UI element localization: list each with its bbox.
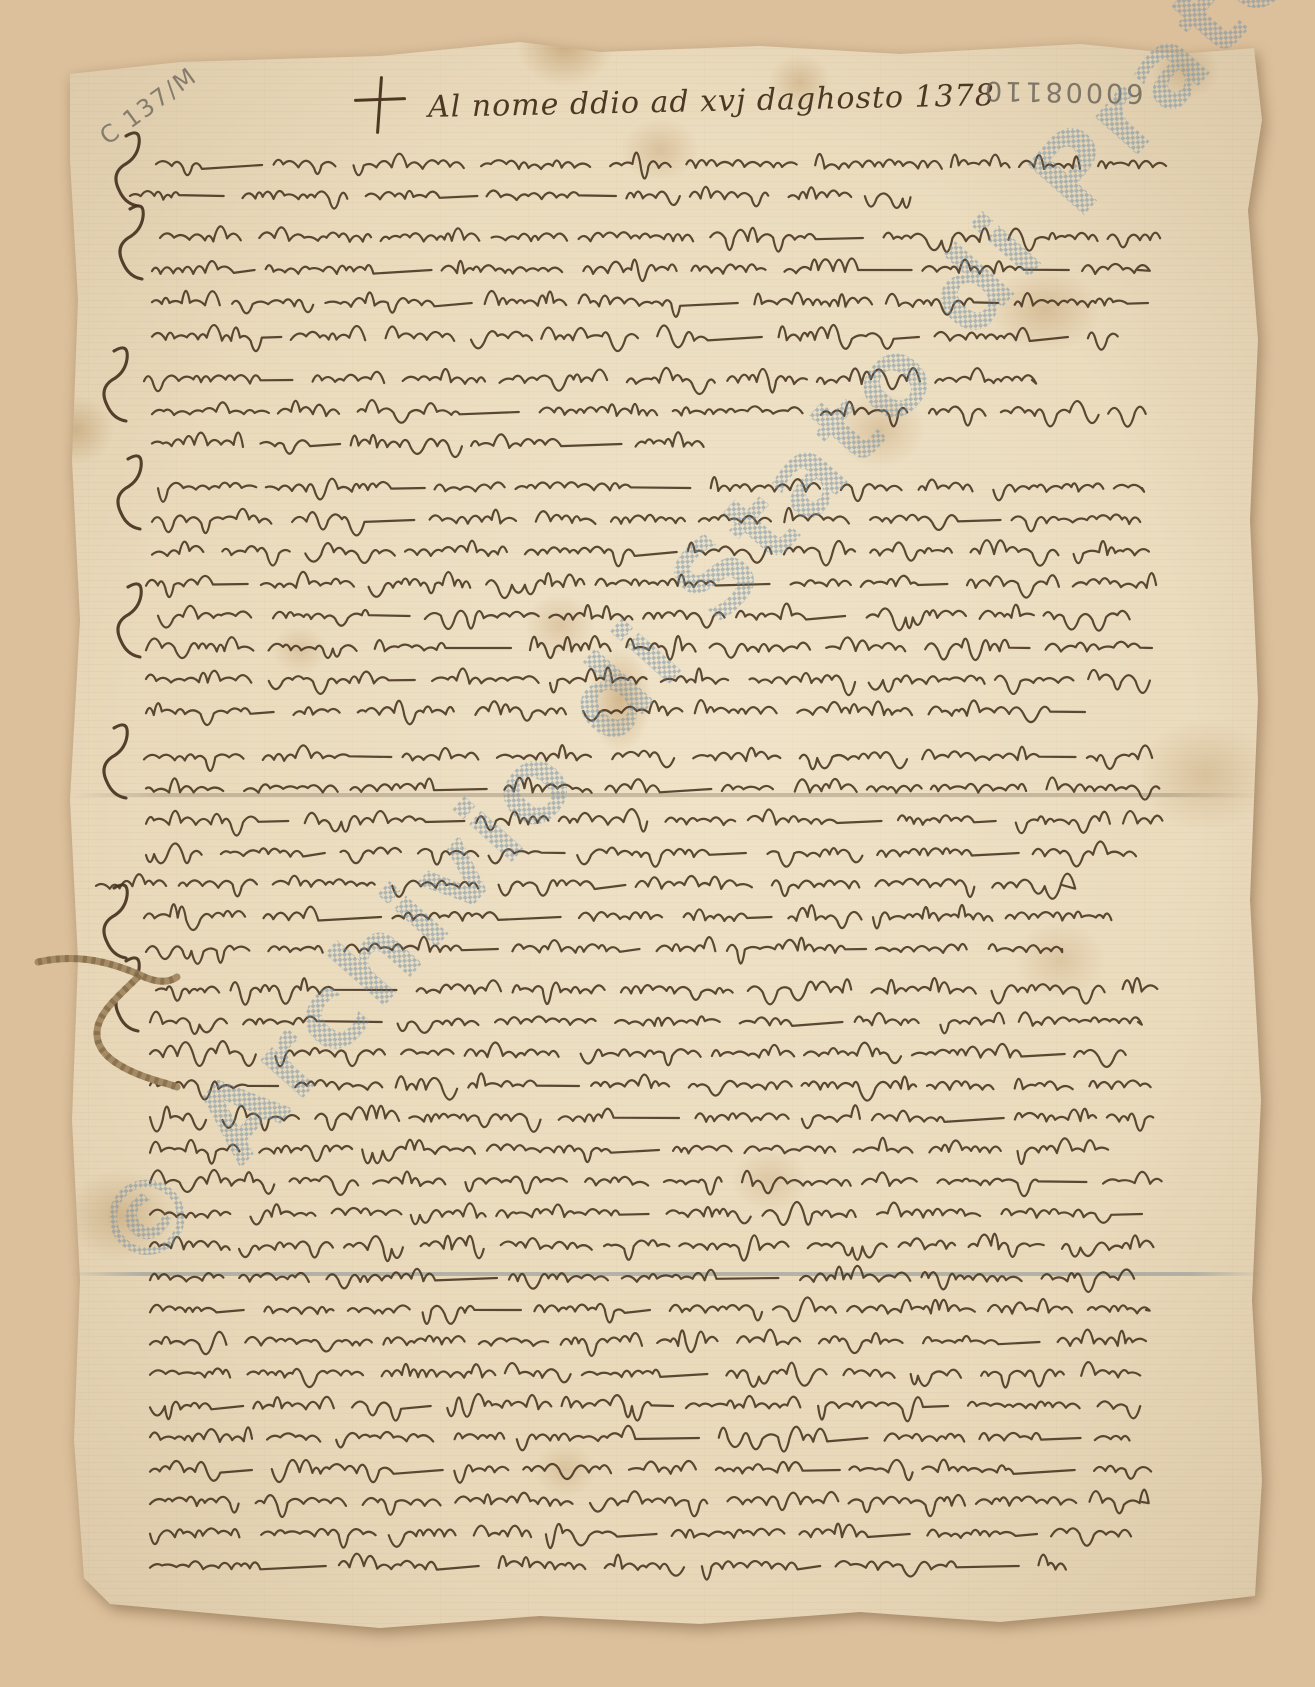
manuscript-line <box>152 540 1149 566</box>
manuscript-line <box>152 258 1150 281</box>
manuscript-line <box>150 1426 1130 1452</box>
handwriting-layer <box>0 0 1315 1687</box>
manuscript-line <box>130 187 911 209</box>
manuscript-line <box>150 1394 1140 1421</box>
manuscript-line <box>146 841 1136 866</box>
manuscript-line <box>146 777 1159 799</box>
manuscript-line <box>150 1330 1146 1356</box>
manuscript-line <box>150 1362 1140 1387</box>
archival-number-upside-down: 60008110 <box>982 75 1144 109</box>
manuscript-line <box>144 904 1111 930</box>
manuscript-line <box>150 1012 1142 1034</box>
manuscript-line <box>152 325 1118 351</box>
manuscript-line <box>150 1041 1126 1067</box>
manuscript-line <box>152 291 1148 317</box>
cross-icon <box>352 76 406 136</box>
manuscript-line <box>158 604 1130 631</box>
manuscript-line <box>156 153 1166 179</box>
manuscript-line <box>144 745 1152 771</box>
manuscript-line <box>150 1266 1134 1292</box>
manuscript-line <box>150 1460 1151 1483</box>
manuscript-line <box>150 1170 1162 1196</box>
manuscript-line <box>96 874 1075 899</box>
manuscript-line <box>146 700 1085 725</box>
manuscript-line <box>150 1490 1149 1517</box>
manuscript-line <box>150 1105 1153 1132</box>
manuscript-line <box>146 572 1156 598</box>
manuscript-line <box>152 432 704 457</box>
manuscript-line <box>160 226 1160 252</box>
manuscript-line <box>150 1524 1131 1548</box>
manuscript-line <box>150 1297 1150 1324</box>
manuscript-line <box>146 937 1062 964</box>
manuscript-line <box>152 508 1140 535</box>
manuscript-line <box>152 400 1146 427</box>
manuscript-line <box>146 809 1162 835</box>
manuscript-line <box>146 667 1150 695</box>
document-scan: Al nome ddio ad xvj daghosto 1378 C 137/… <box>0 0 1315 1687</box>
manuscript-line <box>156 978 1157 1005</box>
manuscript-line <box>150 1138 1108 1164</box>
manuscript-line <box>150 1073 1151 1100</box>
manuscript-line <box>150 1202 1142 1225</box>
manuscript-line <box>144 368 1036 394</box>
manuscript-line <box>158 477 1144 502</box>
binding-thread <box>18 930 278 1150</box>
manuscript-line <box>146 636 1152 660</box>
manuscript-line <box>150 1554 1066 1580</box>
manuscript-line <box>150 1234 1153 1261</box>
